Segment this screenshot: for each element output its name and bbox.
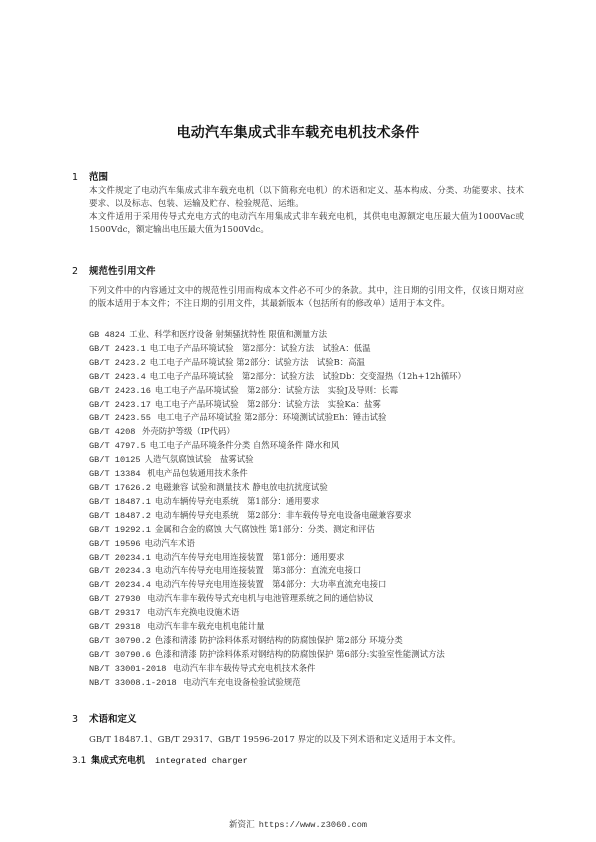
reference-title: 外壳防护等级（IP代码） xyxy=(139,426,234,436)
reference-code: GB/T 18487.1 xyxy=(89,497,151,507)
reference-code: GB/T 19596 xyxy=(89,539,141,549)
section-heading-terms-definitions: 3术语和定义 xyxy=(72,711,137,725)
reference-code: GB/T 2423.17 xyxy=(89,400,151,410)
reference-code: GB/T 20234.3 xyxy=(89,566,151,576)
reference-title: 机电产品包装通用技术条件 xyxy=(145,468,248,478)
reference-item: GB/T 19596电动汽车术语 xyxy=(89,537,466,551)
reference-code: GB 4824 xyxy=(89,330,125,340)
footer-url-link[interactable]: https://www.z3060.com xyxy=(259,820,367,830)
reference-title: 电动车辆传导充电系统 第1部分：通用要求 xyxy=(155,496,319,506)
subsection-number: 3.1 xyxy=(72,756,91,766)
reference-item: NB/T 33001-2018 电动汽车非车载传导式充电机技术条件 xyxy=(89,662,466,676)
reference-title: 金属和合金的腐蚀 大气腐蚀性 第1部分：分类、测定和评估 xyxy=(155,524,375,534)
reference-code: GB/T 30790.6 xyxy=(89,650,151,660)
reference-code: GB/T 18487.2 xyxy=(89,511,151,521)
reference-item: GB/T 29317 电动汽车充换电设施术语 xyxy=(89,606,466,620)
reference-code: NB/T 33001-2018 xyxy=(89,664,166,674)
reference-code: GB/T 4797.5 xyxy=(89,441,146,451)
reference-title: 色漆和清漆 防护涂料体系对钢结构的防腐蚀保护 第6部分:实验室性能测试方法 xyxy=(155,649,445,659)
section-heading-normative-references: 2规范性引用文件 xyxy=(72,263,156,277)
subsection-title-english: integrated charger xyxy=(155,756,248,766)
reference-item: GB/T 4797.5电工电子产品环境条件分类 自然环境条件 降水和风 xyxy=(89,439,466,453)
reference-item: GB/T 27930 电动汽车非车载传导式充电机与电池管理系统之间的通信协议 xyxy=(89,592,466,606)
reference-code: GB/T 20234.4 xyxy=(89,580,151,590)
reference-item: GB/T 2423.4电工电子产品环境试验 第2部分：试验方法 试验Db：交变湿… xyxy=(89,370,466,384)
reference-code: GB/T 2423.55 xyxy=(89,413,151,423)
section-title: 规范性引用文件 xyxy=(89,266,156,277)
scope-paragraph-1: 本文件规定了电动汽车集成式非车载充电机（以下简称充电机）的术语和定义、基本构成、… xyxy=(72,185,524,211)
reference-title: 电动汽车传导充电用连接装置 第4部分：大功率直流充电接口 xyxy=(155,579,386,589)
reference-title: 电磁兼容 试验和测量技术 静电放电抗扰度试验 xyxy=(155,482,328,492)
section-number: 3 xyxy=(72,714,89,725)
scope-paragraph-2: 本文件适用于采用传导式充电方式的电动汽车用集成式非车载充电机，其供电电源额定电压… xyxy=(72,211,524,237)
reference-title: 工业、科学和医疗设备 射频骚扰特性 限值和测量方法 xyxy=(129,329,327,339)
reference-title: 电动汽车传导充电用连接装置 第3部分：直流充电接口 xyxy=(155,565,361,575)
paragraph-text: 本文件适用于采用传导式充电方式的电动汽车用集成式非车载充电机，其供电电源额定电压… xyxy=(72,211,524,237)
reference-item: GB/T 2423.2电工电子产品环境试验 第2部分：试验方法 试验B：高温 xyxy=(89,356,466,370)
reference-item: GB/T 2423.16电工电子产品环境试验 第2部分：试验方法 实验J及导则：… xyxy=(89,384,466,398)
reference-code: GB/T 29318 xyxy=(89,622,141,632)
reference-title: 电工电子产品环境试验 第2部分：试验方法 试验Db：交变湿热（12h+12h循环… xyxy=(150,371,466,381)
reference-item: GB/T 30790.6色漆和清漆 防护涂料体系对钢结构的防腐蚀保护 第6部分:… xyxy=(89,648,466,662)
reference-code: GB/T 27930 xyxy=(89,594,141,604)
reference-code: NB/T 33008.1-2018 xyxy=(89,678,177,688)
subsection-heading-integrated-charger: 3.1集成式充电机integrated charger xyxy=(72,753,248,766)
reference-item: GB/T 30790.2色漆和清漆 防护涂料体系对钢结构的防腐蚀保护 第2部分 … xyxy=(89,634,466,648)
reference-code: GB/T 10125 xyxy=(89,455,141,465)
reference-item: GB/T 2423.1电工电子产品环境试验 第2部分：试验方法 试验A：低温 xyxy=(89,342,466,356)
section-number: 2 xyxy=(72,266,89,277)
reference-title: 电动汽车非车载传导式充电机技术条件 xyxy=(170,663,315,673)
reference-code: GB/T 29317 xyxy=(89,608,141,618)
reference-code: GB/T 20234.1 xyxy=(89,553,151,563)
paragraph-text: GB/T 18487.1、GB/T 29317、GB/T 19596-2017 … xyxy=(89,734,529,747)
section-number: 1 xyxy=(72,172,89,183)
reference-title: 色漆和清漆 防护涂料体系对钢结构的防腐蚀保护 第2部分 环境分类 xyxy=(155,635,403,645)
reference-item: GB/T 29318 电动汽车非车载充电机电能计量 xyxy=(89,620,466,634)
reference-code: GB/T 2423.16 xyxy=(89,386,151,396)
reference-item: GB/T 13384 机电产品包装通用技术条件 xyxy=(89,467,466,481)
section-heading-scope: 1范围 xyxy=(72,169,108,183)
reference-title: 电动车辆传导充电系统 第2部分：非车载传导充电设备电磁兼容要求 xyxy=(155,510,412,520)
section-title: 术语和定义 xyxy=(89,714,137,725)
reference-title: 电工电子产品环境条件分类 自然环境条件 降水和风 xyxy=(150,440,340,450)
reference-item: GB/T 18487.2电动车辆传导充电系统 第2部分：非车载传导充电设备电磁兼… xyxy=(89,509,466,523)
reference-code: GB/T 2423.4 xyxy=(89,372,146,382)
reference-code: GB/T 19292.1 xyxy=(89,525,151,535)
reference-title: 电动汽车充换电设施术语 xyxy=(145,607,240,617)
reference-code: GB/T 2423.1 xyxy=(89,344,146,354)
terms-intro-paragraph: GB/T 18487.1、GB/T 29317、GB/T 19596-2017 … xyxy=(89,734,529,747)
page-title: 电动汽车集成式非车载充电机技术条件 xyxy=(0,122,596,142)
reference-code: GB/T 17626.2 xyxy=(89,483,151,493)
reference-item: NB/T 33008.1-2018 电动汽车充电设备检验试验规范 xyxy=(89,676,466,690)
reference-code: GB/T 4208 xyxy=(89,427,135,437)
reference-title: 电动汽车充电设备检验试验规范 xyxy=(181,677,301,687)
reference-title: 电工电子产品环境试验 第2部分：试验方法 实验Ka：盐雾 xyxy=(155,399,381,409)
subsection-title: 集成式充电机 xyxy=(91,756,145,766)
reference-item: GB/T 18487.1电动车辆传导充电系统 第1部分：通用要求 xyxy=(89,495,466,509)
reference-item: GB 4824工业、科学和医疗设备 射频骚扰特性 限值和测量方法 xyxy=(89,328,466,342)
section-title: 范围 xyxy=(89,172,108,183)
reference-list: GB 4824工业、科学和医疗设备 射频骚扰特性 限值和测量方法GB/T 242… xyxy=(89,328,466,690)
reference-title: 电工电子产品环境试验 第2部分：环境测试试验Eh：锤击试验 xyxy=(155,412,387,422)
reference-item: GB/T 4208 外壳防护等级（IP代码） xyxy=(89,425,466,439)
paragraph-text: 下列文件中的内容通过文中的规范性引用而构成本文件必不可少的条款。其中，注日期的引… xyxy=(72,285,524,311)
reference-item: GB/T 10125人造气氛腐蚀试验 盐雾试验 xyxy=(89,453,466,467)
reference-title: 电动汽车传导充电用连接装置 第1部分：通用要求 xyxy=(155,552,345,562)
paragraph-text: 本文件规定了电动汽车集成式非车载充电机（以下简称充电机）的术语和定义、基本构成、… xyxy=(72,185,524,211)
reference-item: GB/T 20234.3电动汽车传导充电用连接装置 第3部分：直流充电接口 xyxy=(89,564,466,578)
reference-item: GB/T 20234.1电动汽车传导充电用连接装置 第1部分：通用要求 xyxy=(89,551,466,565)
reference-item: GB/T 19292.1金属和合金的腐蚀 大气腐蚀性 第1部分：分类、测定和评估 xyxy=(89,523,466,537)
reference-title: 电工电子产品环境试验 第2部分：试验方法 试验B：高温 xyxy=(150,357,365,367)
reference-title: 电工电子产品环境试验 第2部分：试验方法 实验J及导则：长霉 xyxy=(155,385,398,395)
reference-item: GB/T 2423.17电工电子产品环境试验 第2部分：试验方法 实验Ka：盐雾 xyxy=(89,398,466,412)
reference-item: GB/T 2423.55 电工电子产品环境试验 第2部分：环境测试试验Eh：锤击… xyxy=(89,411,466,425)
reference-title: 电动汽车非车载充电机电能计量 xyxy=(145,621,265,631)
footer-site-name: 新资汇 xyxy=(229,820,255,830)
reference-title: 人造气氛腐蚀试验 盐雾试验 xyxy=(145,454,254,464)
reference-title: 电动汽车术语 xyxy=(145,538,195,548)
reference-title: 电动汽车非车载传导式充电机与电池管理系统之间的通信协议 xyxy=(145,593,374,603)
reference-item: GB/T 20234.4电动汽车传导充电用连接装置 第4部分：大功率直流充电接口 xyxy=(89,578,466,592)
reference-code: GB/T 2423.2 xyxy=(89,358,146,368)
reference-item: GB/T 17626.2电磁兼容 试验和测量技术 静电放电抗扰度试验 xyxy=(89,481,466,495)
references-intro-paragraph: 下列文件中的内容通过文中的规范性引用而构成本文件必不可少的条款。其中，注日期的引… xyxy=(72,285,524,311)
page-footer: 新资汇https://www.z3060.com xyxy=(0,818,596,830)
reference-title: 电工电子产品环境试验 第2部分：试验方法 试验A：低温 xyxy=(150,343,371,353)
reference-code: GB/T 30790.2 xyxy=(89,636,151,646)
reference-code: GB/T 13384 xyxy=(89,469,141,479)
